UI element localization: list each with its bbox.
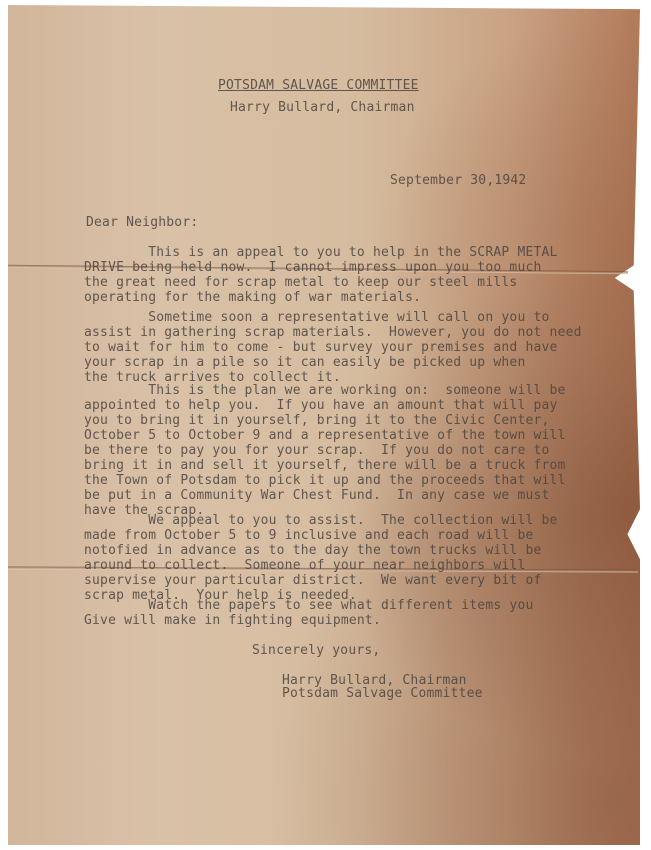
paragraph-2: Sometime soon a representative will call… [84,310,582,385]
paragraph-5: Watch the papers to see what different i… [84,598,534,628]
letterhead-organization: POTSDAM SALVAGE COMMITTEE [218,78,419,93]
paragraph-4: We appeal to you to assist. The collecti… [84,513,558,603]
letterhead-chairman: Harry Bullard, Chairman [230,100,415,115]
salutation: Dear Neighbor: [86,215,198,230]
signature-organization: Potsdam Salvage Committee [282,686,483,701]
closing: Sincerely yours, [252,643,380,658]
letter-date: September 30,1942 [390,173,526,188]
paragraph-1: This is an appeal to you to help in the … [84,245,558,305]
paragraph-3: This is the plan we are working on: some… [84,383,566,518]
